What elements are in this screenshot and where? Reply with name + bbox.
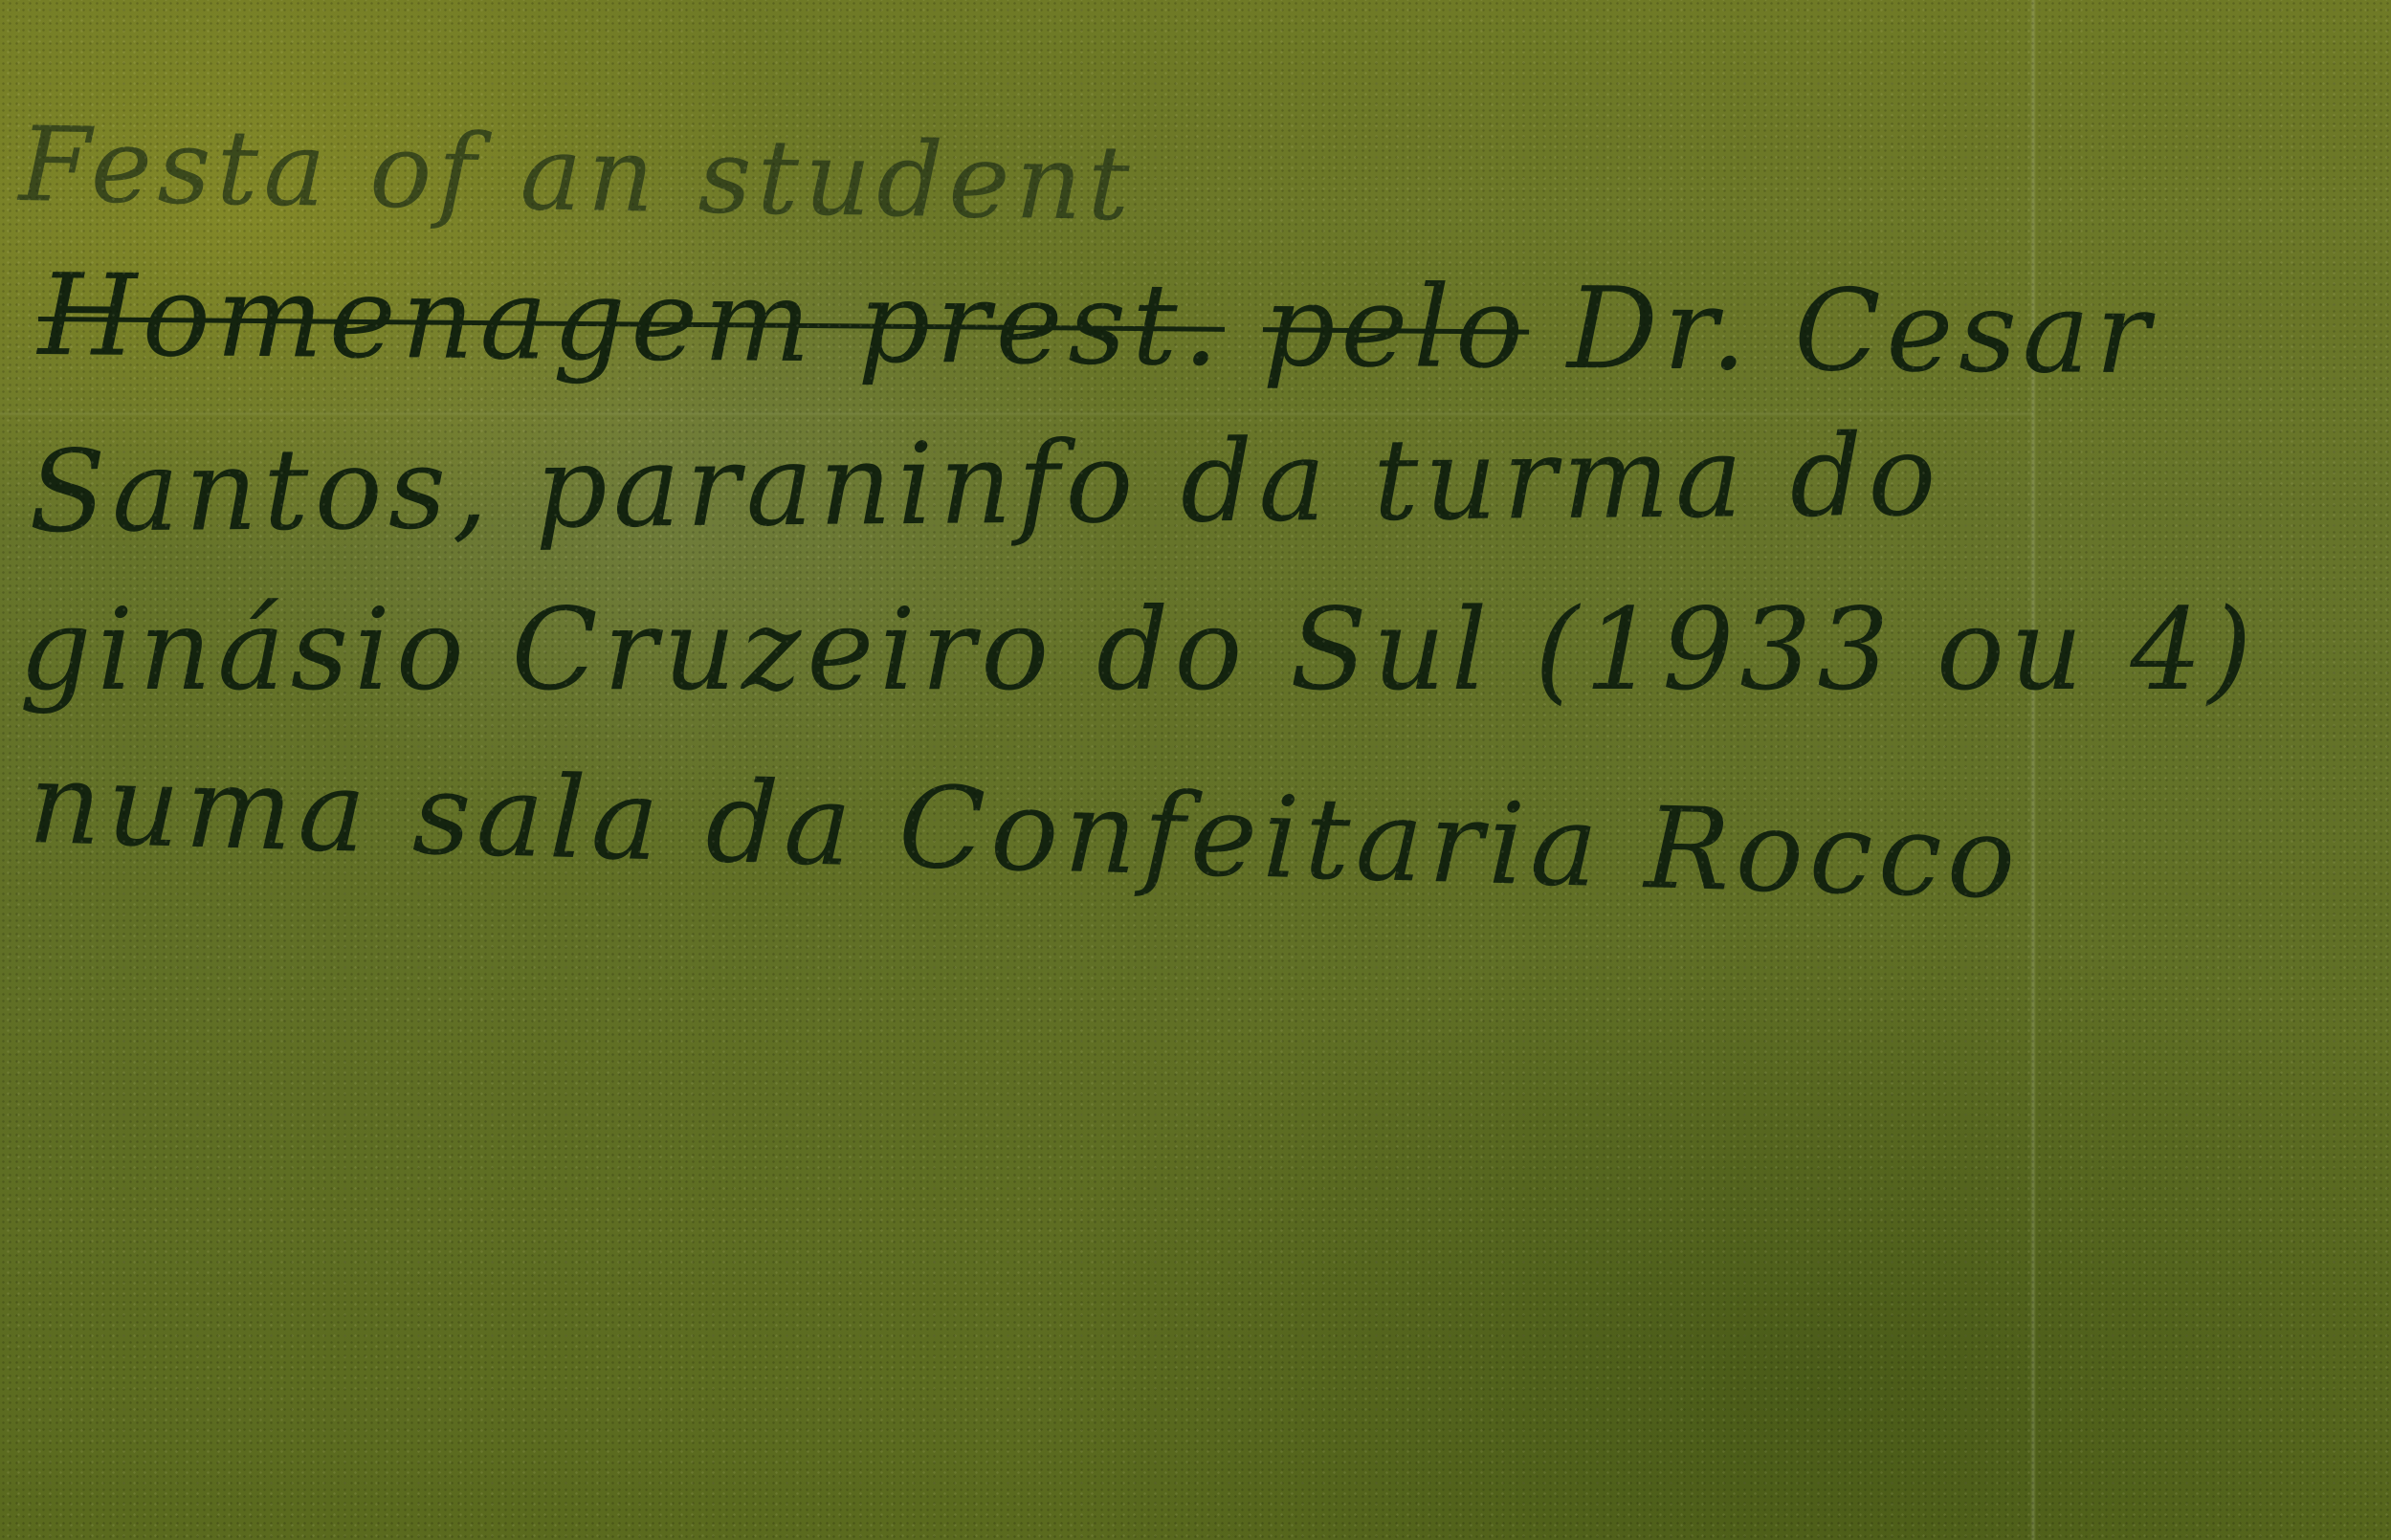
handwritten-line-5: numa sala da Confeitaria Rocco	[27, 737, 2023, 924]
line-3-text: Santos, paraninfo da turma do	[28, 409, 1942, 558]
line-4-text: ginásio Cruzeiro do Sul (1933 ou 4)	[19, 583, 2258, 715]
handwritten-line-3: Santos, paraninfo da turma do	[28, 409, 1942, 558]
handwritten-line-1: Festa of an student	[18, 105, 1136, 244]
line-5-text: numa sala da Confeitaria Rocco	[27, 737, 2023, 924]
line-1-text: Festa of an student	[18, 105, 1136, 244]
struck-text-pelo: pelo	[1262, 259, 1529, 393]
handwritten-line-4: ginásio Cruzeiro do Sul (1933 ou 4)	[19, 583, 2258, 715]
handwritten-line-2: Homenagem prest.peloDr. Cesar	[37, 249, 2156, 399]
document-page: Festa of an student Homenagem prest.pelo…	[0, 0, 2391, 1540]
struck-text-homenagem: Homenagem prest.	[37, 249, 1225, 391]
vertical-fold-crease	[2030, 0, 2036, 1540]
line-2-name-text: Dr. Cesar	[1567, 262, 2157, 399]
